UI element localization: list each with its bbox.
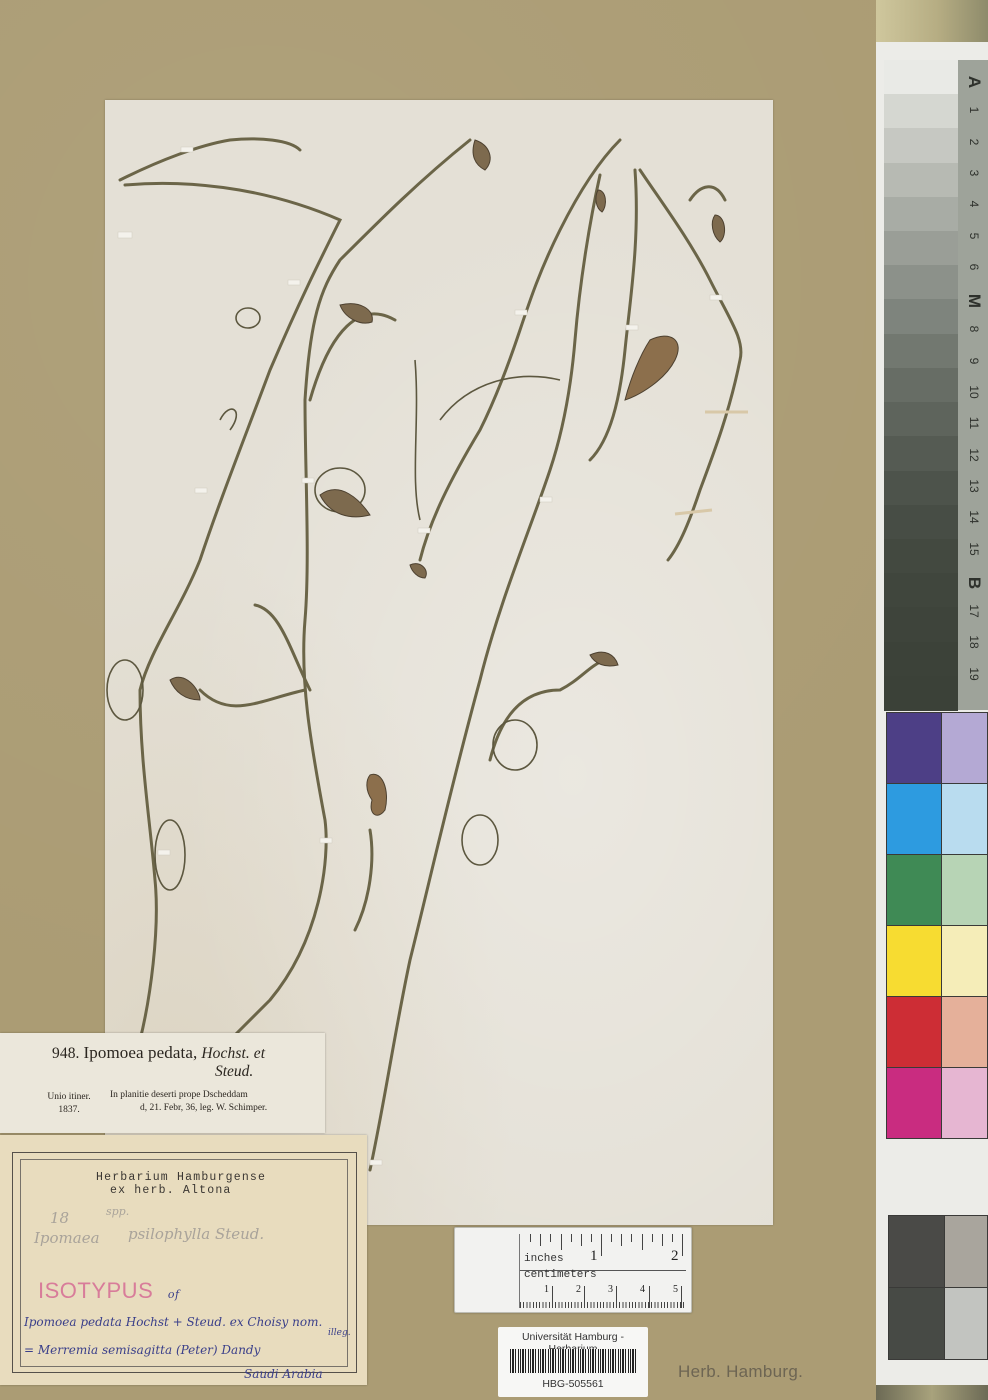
color-patch [886, 925, 942, 997]
color-patch [886, 996, 942, 1068]
inch-mark-2: 2 [671, 1248, 679, 1265]
gray-step [884, 607, 958, 642]
cm-mark-1: 1 [544, 1284, 549, 1295]
herb-hamburg-stamp: Herb. Hamburg. [678, 1362, 803, 1382]
scale-label: 2 [967, 130, 981, 154]
isotypus-stamp: ISOTYPUS of [38, 1278, 180, 1304]
scale-label: 17 [967, 599, 981, 623]
scale-label: A [964, 70, 984, 94]
label-title: 948. Ipomoea pedata, Hochst. et [52, 1043, 265, 1063]
color-patch [886, 712, 942, 784]
catalog-number: HBG-505561 [498, 1378, 648, 1390]
color-patch [886, 854, 942, 926]
label-author: Steud. [215, 1063, 253, 1081]
color-patch [941, 1067, 988, 1139]
scale-label: 10 [967, 380, 981, 404]
gray-step [884, 505, 958, 540]
pencil-abbrev: spp. [106, 1205, 129, 1218]
scale-label: 12 [967, 443, 981, 467]
inch-mark-1: 1 [590, 1248, 598, 1265]
color-patch [941, 996, 988, 1068]
scale-label: 18 [967, 630, 981, 654]
color-patch [941, 712, 988, 784]
scale-ruler: inches 1 2 centimeters 1 2 3 4 5 [454, 1227, 692, 1313]
barcode-bars [510, 1349, 636, 1373]
cm-mark-4: 4 [640, 1284, 645, 1295]
chart-edge-bottom [876, 1385, 988, 1400]
scale-label: 11 [967, 411, 981, 435]
gray-step [884, 94, 958, 129]
color-patch [941, 925, 988, 997]
barcode-label: Universität Hamburg - Herbarium HBG-5055… [498, 1327, 648, 1397]
determination-line-2: = Merremia semisagitta (Peter) Dandy [24, 1343, 260, 1357]
scale-label: M [964, 289, 984, 313]
color-patch [886, 1067, 942, 1139]
gray-step [884, 60, 958, 95]
herbarium-header: Herbarium Hamburgense ex herb. Altona [96, 1171, 266, 1197]
scale-label: 3 [967, 161, 981, 185]
determination-line-1b: illeg. [328, 1328, 351, 1338]
gray-patch [944, 1215, 988, 1288]
gray-step [884, 265, 958, 300]
centimeters-label: centimeters [524, 1269, 597, 1281]
gray-patch [888, 1215, 945, 1288]
scale-label: 6 [967, 255, 981, 279]
cm-mark-3: 3 [608, 1284, 613, 1295]
color-calibration-chart: A123456M89101112131415B171819 [876, 0, 988, 1400]
scale-label: 4 [967, 192, 981, 216]
gray-scale-labels: A123456M89101112131415B171819 [958, 60, 988, 710]
gray-step [884, 334, 958, 369]
pencil-genus: Ipomaea [34, 1229, 100, 1247]
label-collection: Unio itiner. 1837. [34, 1091, 104, 1117]
inches-label: inches [524, 1253, 564, 1265]
scale-label: 9 [967, 349, 981, 373]
gray-patch [888, 1287, 945, 1360]
pencil-epithet: psilophylla Steud. [128, 1225, 264, 1243]
color-patch [886, 783, 942, 855]
color-patch [941, 854, 988, 926]
gray-step [884, 128, 958, 163]
gray-step [884, 163, 958, 198]
gray-step [884, 402, 958, 437]
gray-step [884, 299, 958, 334]
gray-step [884, 231, 958, 266]
scale-label: 1 [967, 98, 981, 122]
herbarium-label: Herbarium Hamburgense ex herb. Altona 18… [0, 1135, 367, 1385]
gray-step [884, 197, 958, 232]
country-line: Saudi Arabia [244, 1367, 323, 1381]
scale-label: 14 [967, 505, 981, 529]
gray-step [884, 642, 958, 677]
chart-edge-top [876, 0, 988, 42]
determination-line-1: Ipomoea pedata Hochst + Steud. ex Choisy… [24, 1315, 322, 1329]
label-locality: In planitie deserti prope Dscheddam d, 2… [110, 1089, 267, 1115]
scale-label: 19 [967, 662, 981, 686]
scale-label: 8 [967, 317, 981, 341]
cm-mark-2: 2 [576, 1284, 581, 1295]
ruler-scale: inches 1 2 centimeters 1 2 3 4 5 [519, 1234, 686, 1308]
gray-step [884, 676, 958, 711]
color-patch [941, 783, 988, 855]
scale-label: 13 [967, 474, 981, 498]
gray-step [884, 368, 958, 403]
gray-patch [944, 1287, 988, 1360]
cm-mark-5: 5 [673, 1284, 678, 1295]
gray-step [884, 573, 958, 608]
scale-label: 15 [967, 537, 981, 561]
pencil-number: 18 [50, 1209, 69, 1227]
scale-label: B [964, 571, 984, 595]
exsiccata-label: 948. Ipomoea pedata, Hochst. et Steud. U… [0, 1033, 325, 1133]
gray-step [884, 539, 958, 574]
gray-step [884, 471, 958, 506]
gray-step [884, 436, 958, 471]
scale-label: 5 [967, 224, 981, 248]
